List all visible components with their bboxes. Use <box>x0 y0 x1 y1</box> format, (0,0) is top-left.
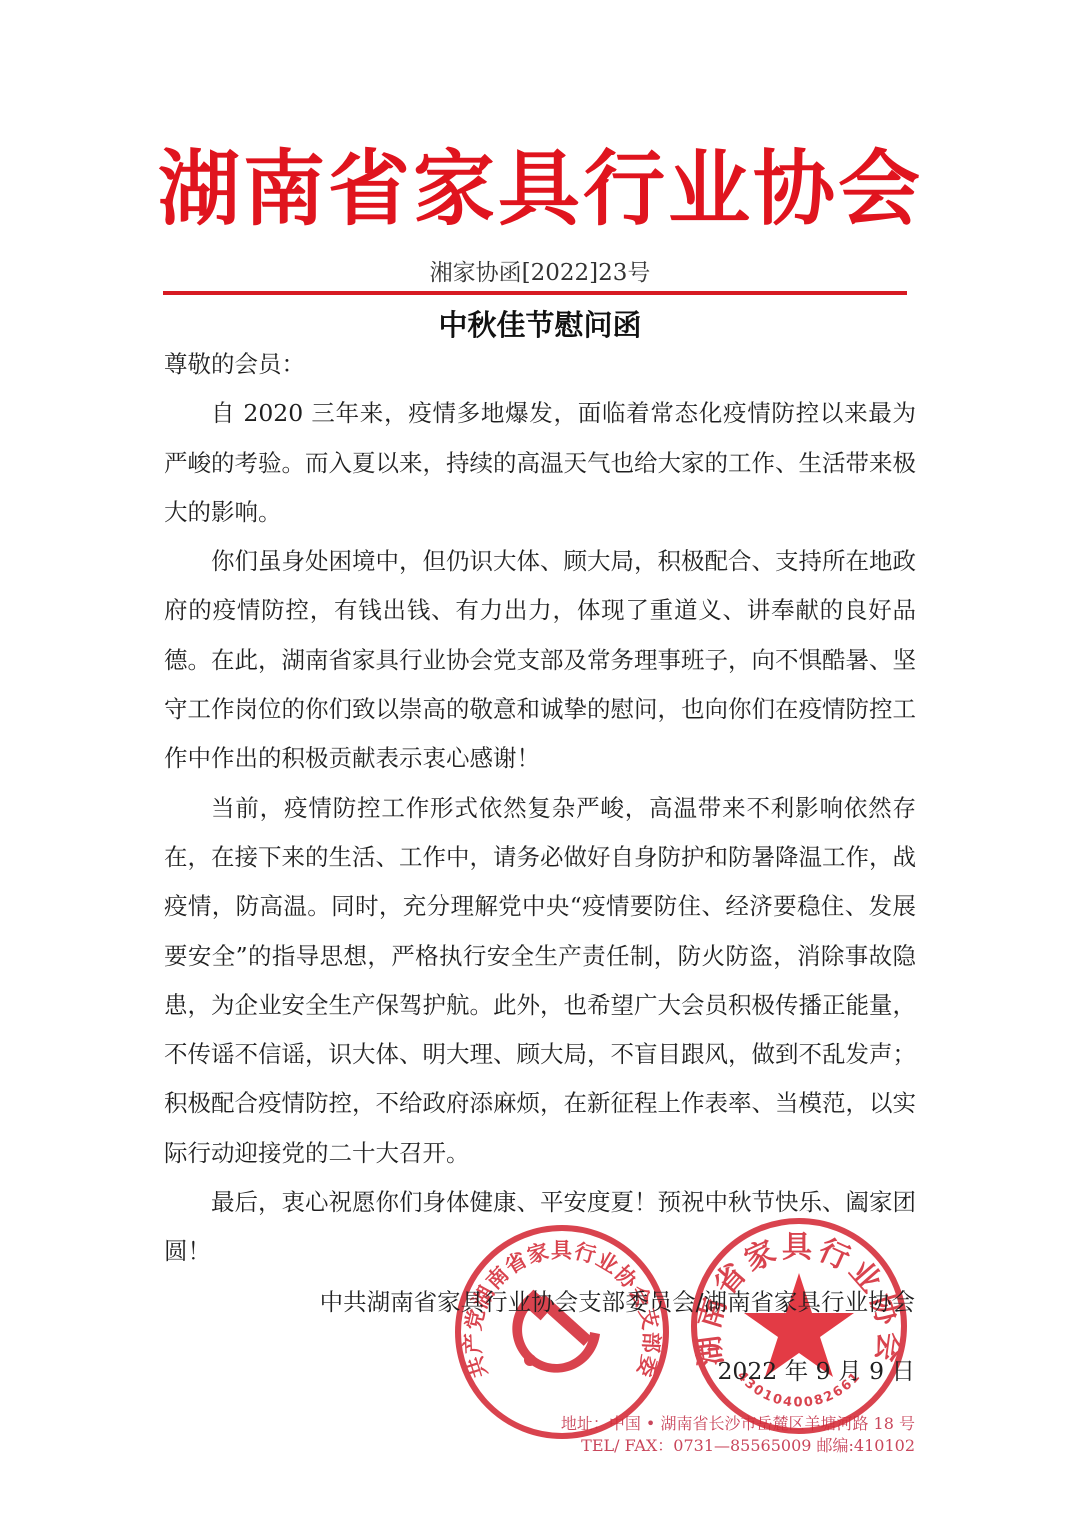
association-seal: 湖南省家具行业协会 4301040082661 <box>688 1215 910 1437</box>
document-number: 湘家协函[2022]23号 <box>0 254 1080 287</box>
paragraph-3: 当前，疫情防控工作形式依然复杂严峻，高温带来不利影响依然存在，在接下来的生活、工… <box>164 784 916 1178</box>
party-branch-seal: 中国共产党湖南省家具行业协会支部委员会 <box>452 1222 672 1442</box>
letter-page: 湖南省家具行业协会 湘家协函[2022]23号 中秋佳节慰问函 尊敬的会员： 自… <box>0 0 1080 1526</box>
salutation: 尊敬的会员： <box>164 340 916 389</box>
paragraph-2: 你们虽身处困境中，但仍识大体、顾大局，积极配合、支持所在地政府的疫情防控，有钱出… <box>164 537 916 783</box>
letter-body: 尊敬的会员： 自 2020 三年来，疫情多地爆发，面临着常态化疫情防控以来最为严… <box>164 340 916 1277</box>
paragraph-1: 自 2020 三年来，疫情多地爆发，面临着常态化疫情防控以来最为严峻的考验。而入… <box>164 389 916 537</box>
letter-date: 2022 年 9 月 9 日 <box>717 1352 915 1386</box>
letter-title: 中秋佳节慰问函 <box>0 303 1080 344</box>
organization-letterhead: 湖南省家具行业协会 <box>158 140 922 240</box>
letterhead-divider <box>163 291 907 295</box>
signatory: 中共湖南省家具行业协会支部委员会/湖南省家具行业协会 <box>320 1283 915 1317</box>
